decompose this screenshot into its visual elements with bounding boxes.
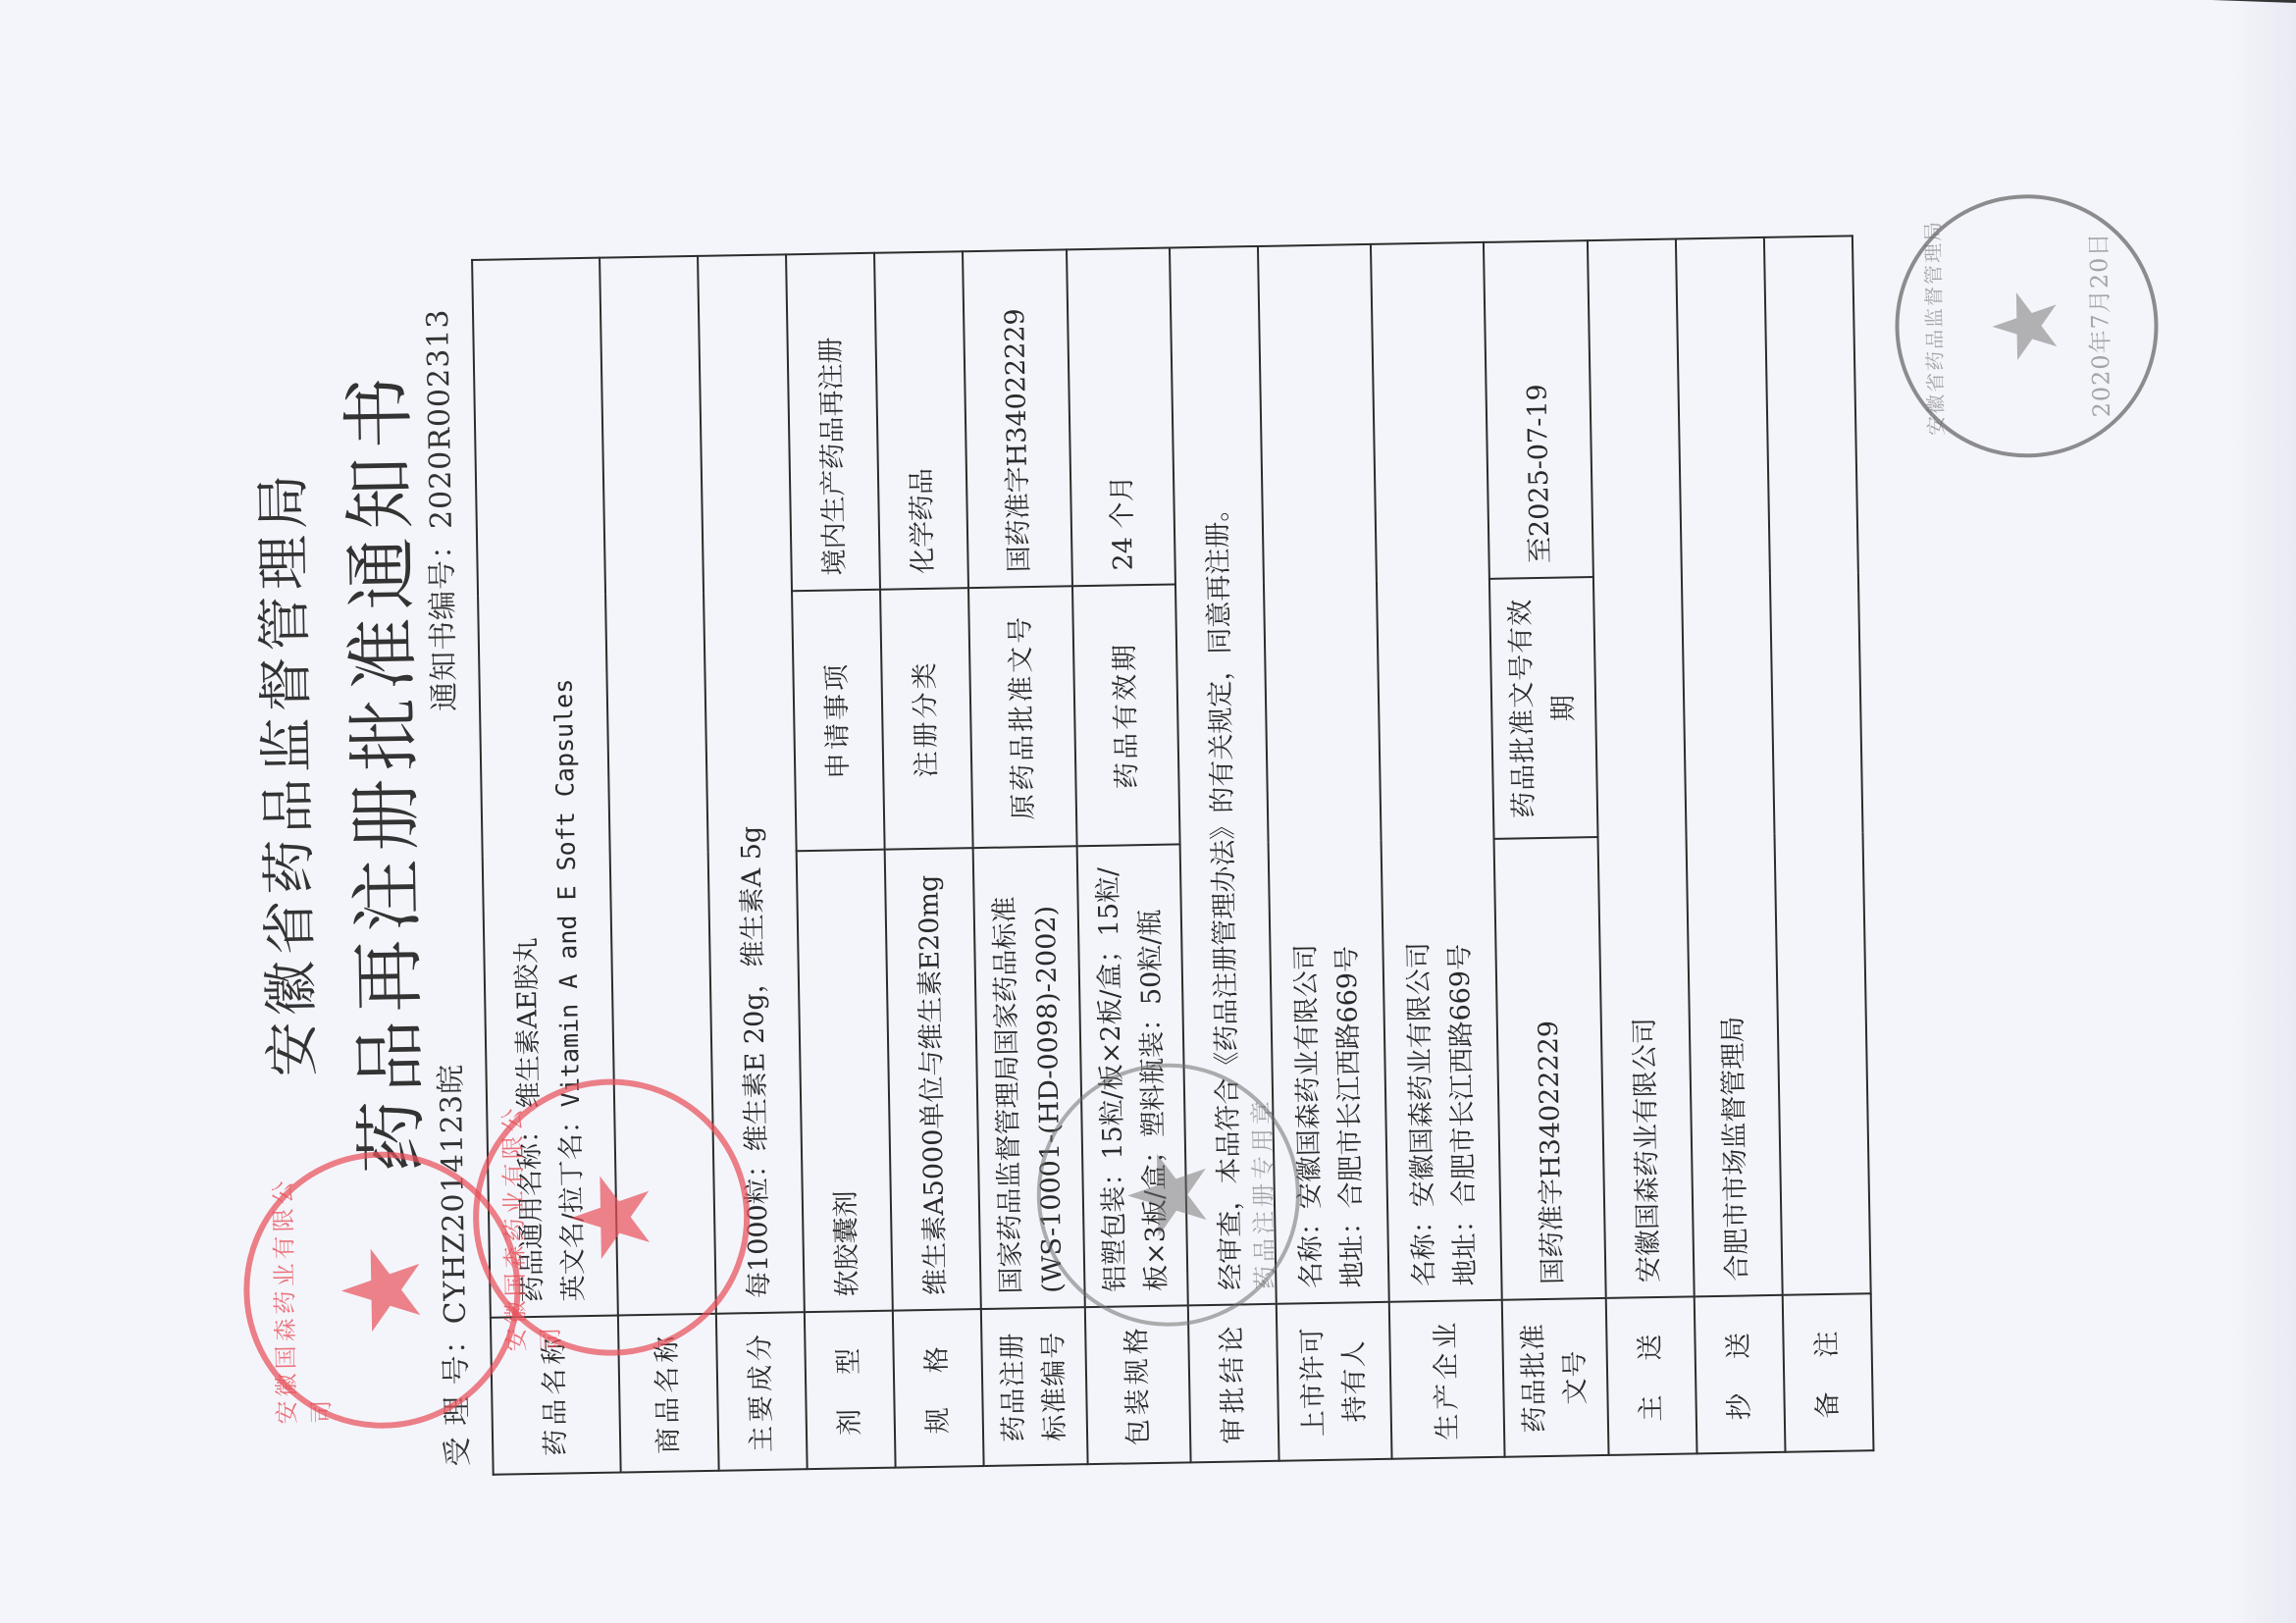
label-specification: 规 格 [893, 1309, 984, 1468]
value-application-item: 境内生产药品再注册 [786, 253, 880, 592]
notice-number: 通知书编号：2020R002313 [413, 308, 463, 711]
label-registration-class: 注册分类 [880, 588, 973, 850]
mah-address-value: 合肥市长江西路669号 [1331, 946, 1367, 1209]
manufacturer-name-label: 名称： [1408, 1207, 1439, 1287]
seal-star-icon: ★ [556, 1168, 666, 1267]
label-standard: 药品注册标准编号 [981, 1307, 1087, 1466]
label-main-recipient: 主 送 [1606, 1296, 1697, 1455]
seal-ring-text: 安徽国森药业有限公司 [493, 1085, 566, 1351]
seal-ring-text: 安徽国森药业有限公司 [263, 1159, 337, 1425]
manufacturer-address-value: 合肥市长江西路669号 [1444, 944, 1480, 1207]
mah-name-label: 名称： [1295, 1209, 1327, 1289]
seal-agency-text: 安徽省药品监督管理局 [1917, 220, 1950, 436]
label-dosage-form: 剂 型 [805, 1311, 896, 1470]
label-manufacturer: 生产企业 [1389, 1300, 1505, 1459]
value-approval-validity: 至2025-07-19 [1484, 240, 1593, 579]
row-manufacturer: 生产企业 名称：安徽国森药业有限公司 地址：合肥市长江西路669号 [1371, 242, 1505, 1459]
issuing-agency: 安徽省药品监督管理局 [239, 468, 329, 1077]
value-registration-class: 化学药品 [874, 251, 968, 590]
approval-notice-document: 安徽省药品监督管理局 药品再注册批准通知书 受 理 号：CYHZ2014123皖… [105, 73, 2190, 1550]
seal-star-icon: ★ [1982, 286, 2071, 366]
notice-value: 2020R002313 [421, 308, 459, 529]
mah-address-label: 地址： [1336, 1208, 1368, 1288]
value-specification: 维生素A5000单位与维生素E20mg [885, 848, 981, 1310]
value-remarks [1764, 236, 1871, 1294]
agency-official-seal: ★ 安徽省药品监督管理局 2020年7月20日 [1893, 192, 2161, 460]
manufacturer-name-value: 安徽国森药业有限公司 [1403, 942, 1438, 1207]
label-cc: 抄 送 [1695, 1295, 1786, 1454]
value-dosage-form: 软胶囊剂 [797, 850, 893, 1312]
notice-label: 通知书编号： [425, 529, 462, 712]
label-approval-number: 药品批准文号 [1502, 1298, 1608, 1457]
label-approval-validity: 药品批准文号有效期 [1489, 577, 1597, 839]
seal-date-text: 2020年7月20日 [2079, 232, 2116, 417]
label-packaging: 包装规格 [1084, 1305, 1190, 1464]
scan-edge-shadow [2227, 0, 2296, 1623]
label-remarks: 备 注 [1783, 1293, 1874, 1452]
seal-star-icon: ★ [1114, 1145, 1224, 1244]
label-mah: 上市许可持有人 [1277, 1302, 1392, 1461]
manufacturer-address-label: 地址： [1449, 1206, 1481, 1286]
label-original-approval: 原药品批准文号 [968, 586, 1076, 848]
english-name-value: Vitamin A and E Soft Capsules [549, 679, 586, 1108]
value-approval-number: 国药准字H34022229 [1494, 837, 1606, 1300]
seal-ring-text: 药品注册专用章 [1242, 1097, 1279, 1290]
value-manufacturer: 名称：安徽国森药业有限公司 地址：合肥市长江西路669号 [1371, 242, 1502, 1302]
seal-star-icon: ★ [328, 1240, 438, 1339]
value-shelf-life: 24 个月 [1067, 248, 1176, 587]
label-ingredients: 主要成分 [716, 1312, 808, 1471]
label-application-item: 申请事项 [792, 590, 885, 852]
label-conclusion: 审批结论 [1188, 1304, 1279, 1463]
generic-name-value: 维生素AE胶丸 [511, 937, 545, 1109]
label-shelf-life: 药品有效期 [1072, 584, 1180, 846]
value-original-approval: 国药准字H34022229 [963, 249, 1072, 588]
